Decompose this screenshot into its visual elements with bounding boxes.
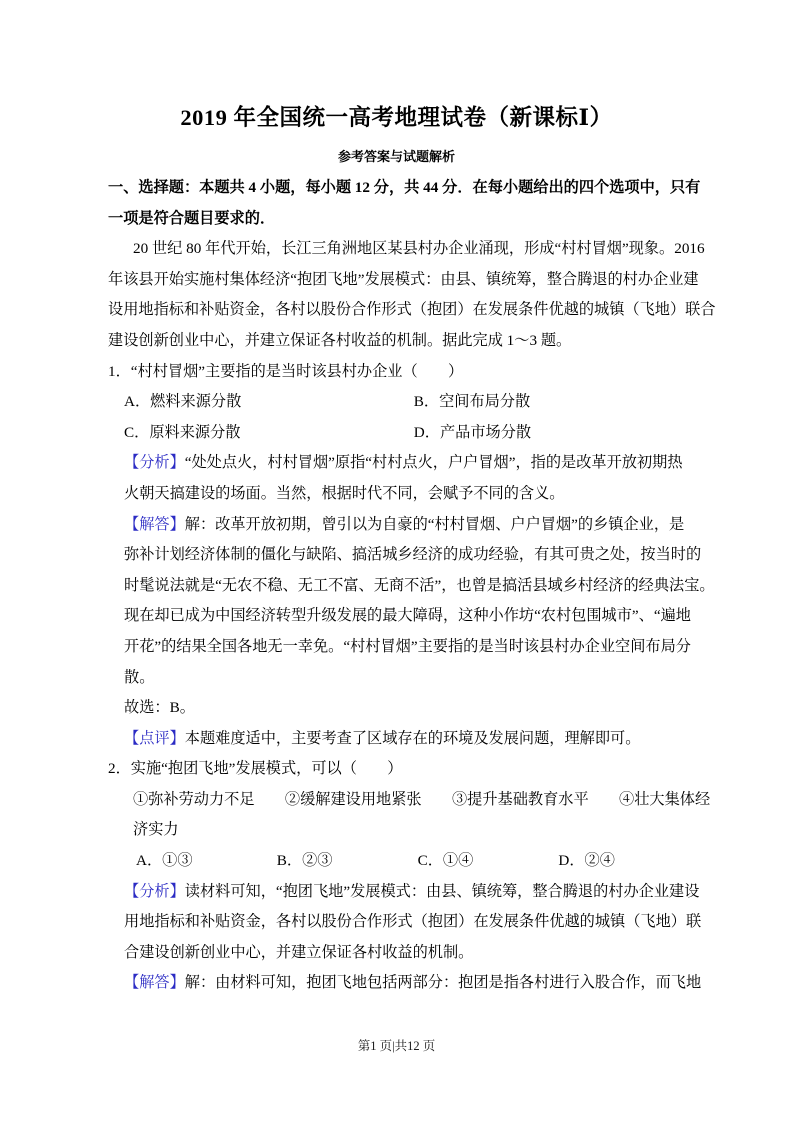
exam-document-page: 2019 年全国统一高考地理试卷（新课标Ⅰ） 参考答案与试题解析 一、选择题：本… [0, 0, 793, 1122]
question-1-option-c: C．原料来源分散 [124, 418, 410, 449]
document-body: 一、选择题：本题共 4 小题，每小题 12 分，共 44 分．在每小题给出的四个… [108, 173, 700, 999]
question-1-stem: 1．“村村冒烟”主要指的是当时该县村办企业（ ） [108, 357, 700, 388]
question-2-option-d: D．②④ [558, 846, 695, 877]
analysis-text: 读材料可知，“抱团飞地”发展模式：由县、镇统筹，整合腾退的村办企业建设 [185, 883, 700, 900]
question-2-analysis-line: 【分析】读材料可知，“抱团飞地”发展模式：由县、镇统筹，整合腾退的村办企业建设 [108, 877, 700, 908]
analysis-text: “处处点火，村村冒烟”原指“村村点火，户户冒烟”，指的是改革开放初期热 [185, 454, 683, 471]
section-heading-line: 一项是符合题目要求的． [108, 204, 700, 235]
question-1-options-row: A．燃料来源分散 B．空间布局分散 [108, 387, 700, 418]
question-1-answer-line: 现在却已成为中国经济转型升级发展的最大障碍，这种小作坊“农村包围城市”、“遍地 [108, 601, 700, 632]
question-1-answer-line: 【解答】解：改革开放初期，曾引以为自豪的“村村冒烟、户户冒烟”的乡镇企业，是 [108, 510, 700, 541]
page-number-footer: 第1 页|共12 页 [0, 1036, 793, 1054]
intro-paragraph-line: 设用地指标和补贴资金，各村以股份合作形式（抱团）在发展条件优越的城镇（飞地）联合 [108, 295, 700, 326]
answer-label: 【解答】 [124, 516, 185, 533]
question-1-answer-line: 散。 [108, 663, 700, 694]
question-2-suboptions-line: ①弥补劳动力不足 ②缓解建设用地紧张 ③提升基础教育水平 ④壮大集体经 [108, 785, 700, 816]
analysis-label: 【分析】 [124, 883, 185, 900]
question-1-answer-line: 开花”的结果全国各地无一幸免。“村村冒烟”主要指的是当时该县村办企业空间布局分 [108, 632, 700, 663]
question-1-answer-conclusion: 故选：B。 [108, 693, 700, 724]
question-2-options-row: A．①③ B．②③ C．①④ D．②④ [108, 846, 700, 877]
section-heading-line: 一、选择题：本题共 4 小题，每小题 12 分，共 44 分．在每小题给出的四个… [108, 173, 700, 204]
question-2-answer-line: 【解答】解：由材料可知，抱团飞地包括两部分：抱团是指各村进行入股合作，而飞地 [108, 968, 700, 999]
page-title: 2019 年全国统一高考地理试卷（新课标Ⅰ） [0, 100, 793, 132]
question-1-options-row: C．原料来源分散 D．产品市场分散 [108, 418, 700, 449]
question-2-option-a: A．①③ [136, 846, 273, 877]
question-2-stem: 2．实施“抱团飞地”发展模式，可以（ ） [108, 754, 700, 785]
question-2-option-c: C．①④ [418, 846, 555, 877]
question-1-analysis-line: 火朝天搞建设的场面。当然，根据时代不同，会赋予不同的含义。 [108, 479, 700, 510]
question-1-option-b: B．空间布局分散 [414, 387, 700, 418]
question-1-comment-line: 【点评】本题难度适中，主要考查了区域存在的环境及发展问题，理解即可。 [108, 724, 700, 755]
page-subtitle: 参考答案与试题解析 [0, 146, 793, 165]
question-2-suboptions-line: 济实力 [108, 815, 700, 846]
comment-text: 本题难度适中，主要考查了区域存在的环境及发展问题，理解即可。 [185, 730, 641, 747]
analysis-label: 【分析】 [124, 454, 185, 471]
answer-text: 解：由材料可知，抱团飞地包括两部分：抱团是指各村进行入股合作，而飞地 [185, 974, 701, 991]
comment-label: 【点评】 [124, 730, 185, 747]
question-1-analysis-line: 【分析】“处处点火，村村冒烟”原指“村村点火，户户冒烟”，指的是改革开放初期热 [108, 448, 700, 479]
question-1-answer-line: 时髦说法就是“无农不稳、无工不富、无商不活”，也曾是搞活县域乡村经济的经典法宝。 [108, 571, 700, 602]
answer-text: 解：改革开放初期，曾引以为自豪的“村村冒烟、户户冒烟”的乡镇企业，是 [185, 516, 684, 533]
question-2-analysis-line: 合建设创新创业中心，并建立保证各村收益的机制。 [108, 938, 700, 969]
intro-paragraph-line: 年该县开始实施村集体经济“抱团飞地”发展模式：由县、镇统筹，整合腾退的村办企业建 [108, 265, 700, 296]
answer-label: 【解答】 [124, 974, 185, 991]
intro-paragraph-line: 20 世纪 80 年代开始，长江三角洲地区某县村办企业涌现，形成“村村冒烟”现象… [108, 234, 700, 265]
question-2-option-b: B．②③ [277, 846, 414, 877]
question-1-option-d: D．产品市场分散 [414, 418, 700, 449]
question-2-analysis-line: 用地指标和补贴资金，各村以股份合作形式（抱团）在发展条件优越的城镇（飞地）联 [108, 907, 700, 938]
intro-paragraph-line: 建设创新创业中心，并建立保证各村收益的机制。据此完成 1～3 题。 [108, 326, 700, 357]
question-1-answer-line: 弥补计划经济体制的僵化与缺陷、搞活城乡经济的成功经验，有其可贵之处，按当时的 [108, 540, 700, 571]
question-1-option-a: A．燃料来源分散 [124, 387, 410, 418]
